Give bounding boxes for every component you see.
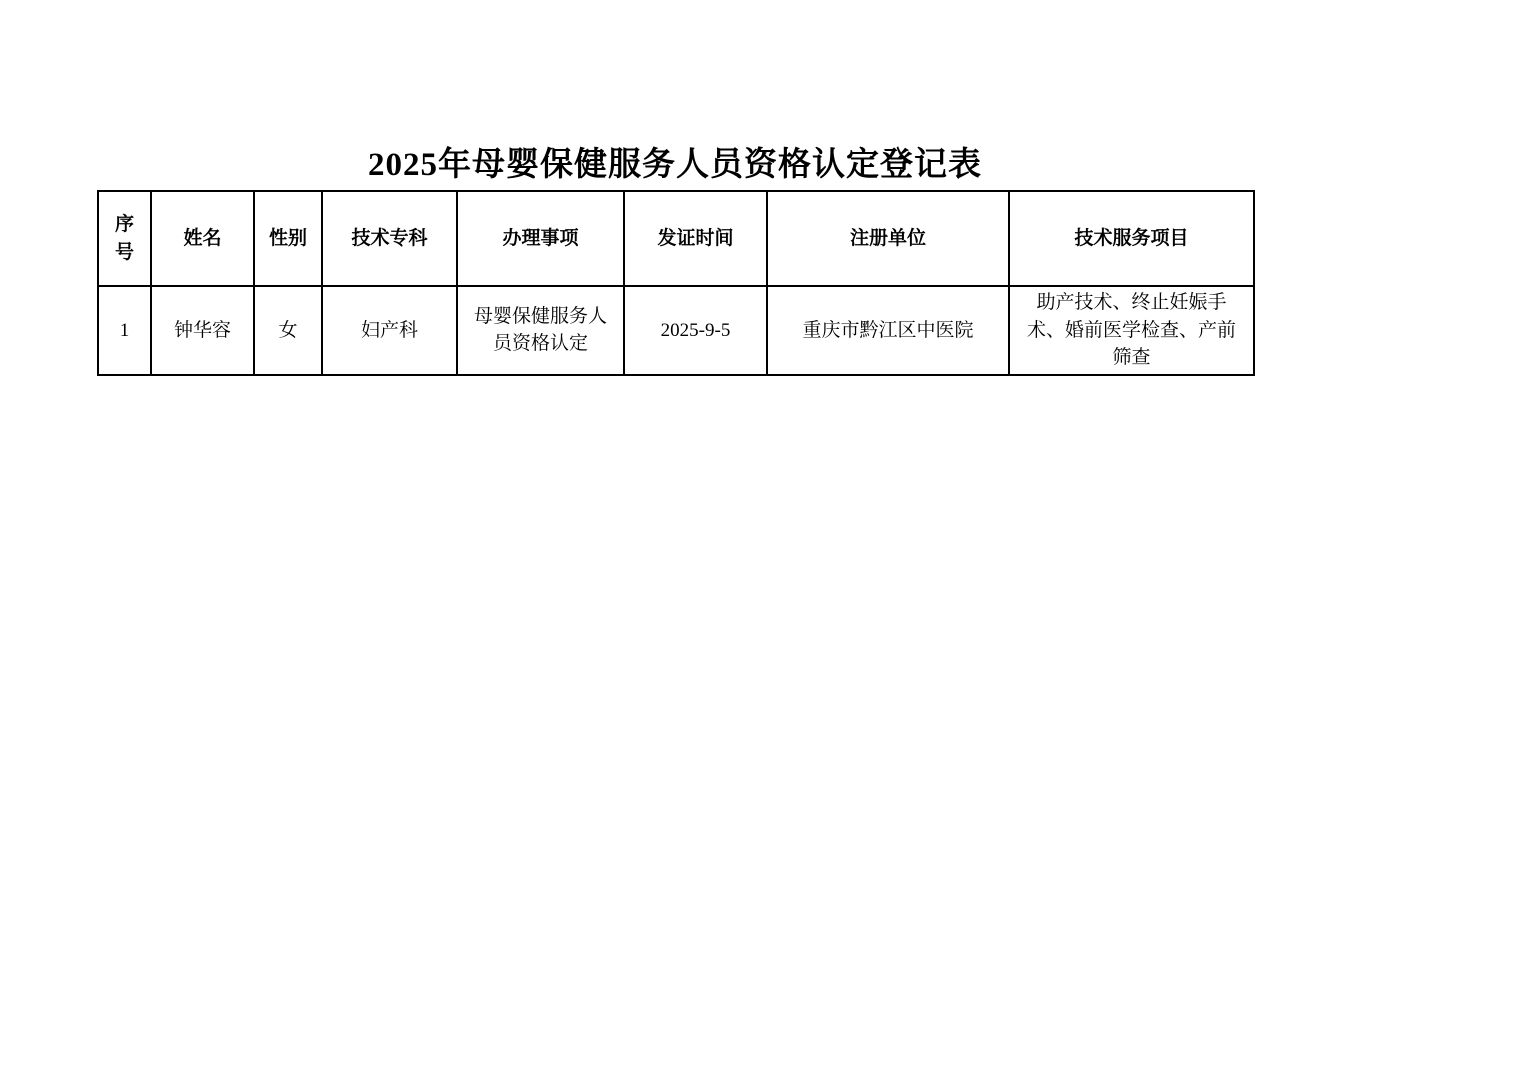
cell-matter: 母婴保健服务人员资格认定 (457, 286, 624, 375)
cell-issue-date: 2025-9-5 (624, 286, 767, 375)
registration-table: 序号 姓名 性别 技术专科 办理事项 发证时间 注册单位 技术服务项目 1 钟华… (97, 190, 1255, 376)
table-header-row: 序号 姓名 性别 技术专科 办理事项 发证时间 注册单位 技术服务项目 (98, 191, 1254, 286)
cell-service-items: 助产技术、终止妊娠手术、婚前医学检查、产前筛查 (1009, 286, 1254, 375)
header-gender: 性别 (254, 191, 322, 286)
document-page: 2025年母婴保健服务人员资格认定登记表 序号 姓名 性别 技术专科 办理事项 … (0, 0, 1520, 1074)
table-row: 1 钟华容 女 妇产科 母婴保健服务人员资格认定 2025-9-5 重庆市黔江区… (98, 286, 1254, 375)
cell-registered-unit: 重庆市黔江区中医院 (767, 286, 1009, 375)
cell-name: 钟华容 (151, 286, 254, 375)
cell-gender: 女 (254, 286, 322, 375)
cell-specialty: 妇产科 (322, 286, 457, 375)
header-service-items: 技术服务项目 (1009, 191, 1254, 286)
header-name: 姓名 (151, 191, 254, 286)
header-specialty: 技术专科 (322, 191, 457, 286)
header-issue-date: 发证时间 (624, 191, 767, 286)
cell-index: 1 (98, 286, 151, 375)
header-registered-unit: 注册单位 (767, 191, 1009, 286)
header-index: 序号 (98, 191, 151, 286)
header-matter: 办理事项 (457, 191, 624, 286)
page-title: 2025年母婴保健服务人员资格认定登记表 (97, 138, 1253, 185)
